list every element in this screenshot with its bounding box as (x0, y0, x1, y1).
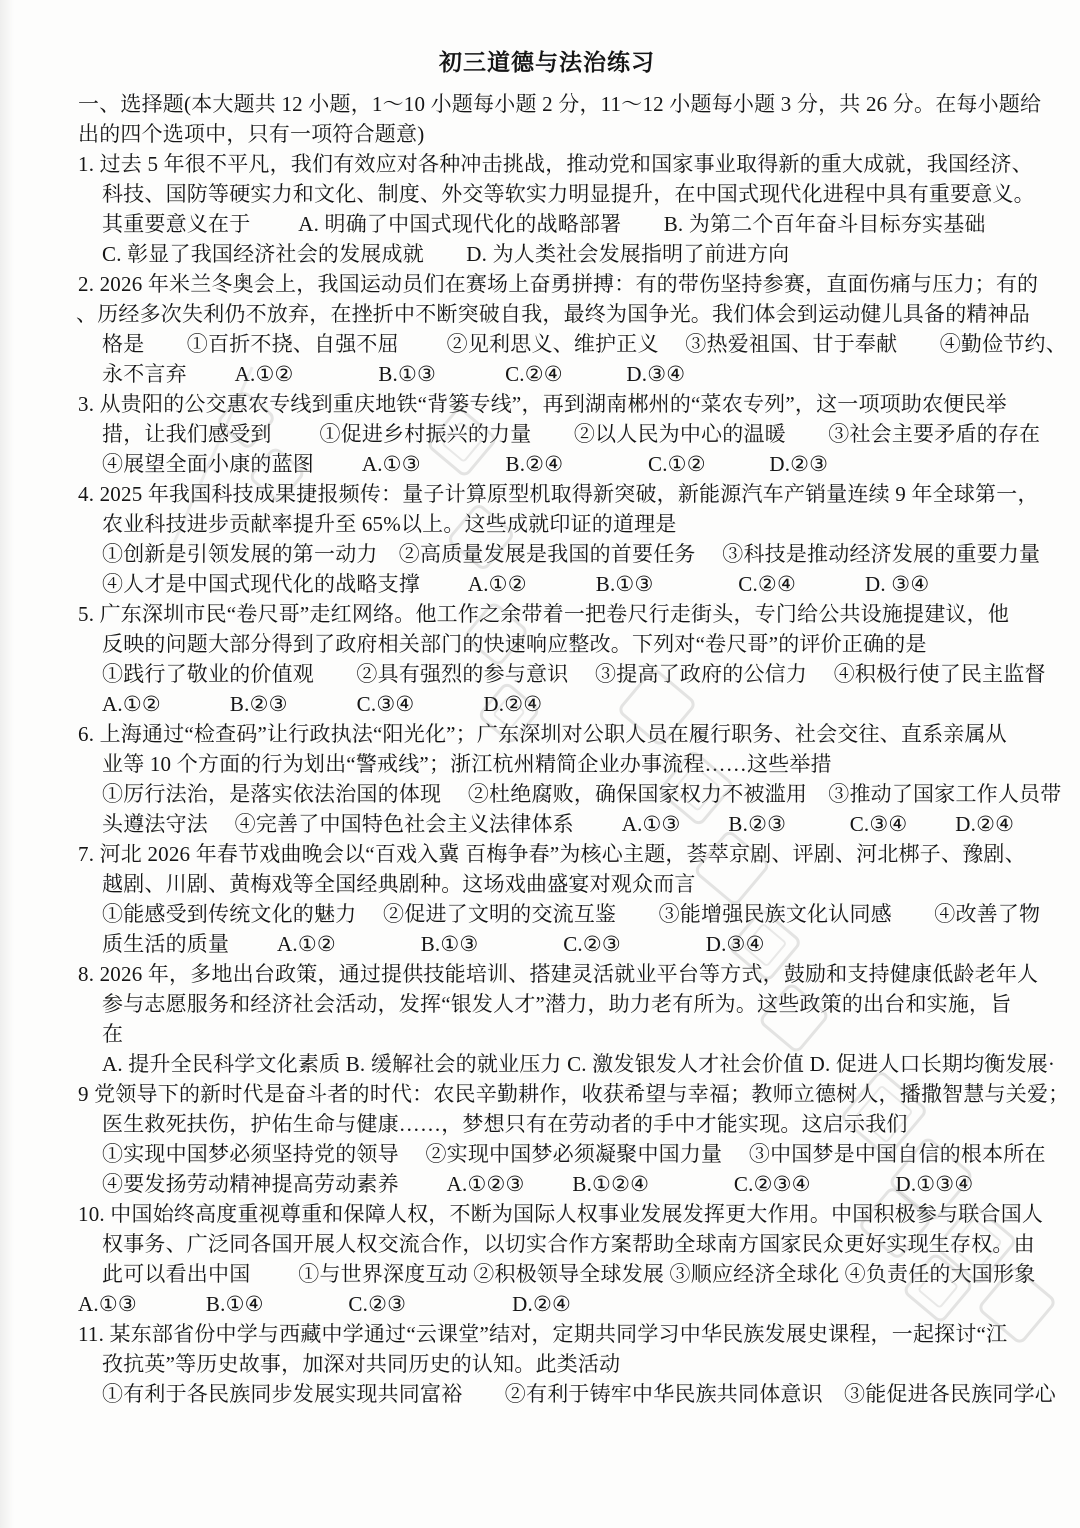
text-line: ①厉行法治，是落实依法治国的体现 ②杜绝腐败，确保国家权力不被滥用 ③推动了国家… (78, 779, 1016, 809)
question-4: 4. 2025 年我国科技成果捷报频传：量子计算原型机取得新突破，新能源汽车产销… (78, 479, 1016, 599)
text-line: A. 提升全民科学文化素质 B. 缓解社会的就业压力 C. 激发银发人才社会价值… (78, 1049, 1016, 1079)
text-line: 永不言弃 A.①② B.①③ C.②④ D.③④ (78, 359, 1016, 389)
text-line: A.①③ B.①④ C.②③ D.②④ (78, 1289, 1016, 1319)
question-6: 6. 上海通过“检查码”让行政执法“阳光化”；广东深圳对公职人员在履行职务、社会… (78, 719, 1016, 839)
text-line: C. 彰显了我国经济社会的发展成就 D. 为人类社会发展指明了前进方向 (78, 239, 1016, 269)
text-line: 6. 上海通过“检查码”让行政执法“阳光化”；广东深圳对公职人员在履行职务、社会… (78, 719, 1016, 749)
text-line: 权事务、广泛同各国开展人权交流合作，以切实合作方案帮助全球南方国家民众更好实现生… (78, 1229, 1016, 1259)
text-line: ④展望全面小康的蓝图 A.①③ B.②④ C.①② D.②③ (78, 449, 1016, 479)
text-line: 3. 从贵阳的公交惠农专线到重庆地铁“背篓专线”，再到湖南郴州的“菜农专列”，这… (78, 389, 1016, 419)
question-8: 8. 2026 年，多地出台政策，通过提供技能培训、搭建灵活就业平台等方式，鼓励… (78, 959, 1016, 1079)
text-line: 医生救死扶伤，护佑生命与健康……，梦想只有在劳动者的手中才能实现。这启示我们 (78, 1109, 1016, 1139)
text-line: 业等 10 个方面的行为划出“警戒线”；浙江杭州精简企业办事流程……这些举措 (78, 749, 1016, 779)
text-line: ④人才是中国式现代化的战略支撑 A.①② B.①③ C.②④ D. ③④ (78, 569, 1016, 599)
text-line: ①实现中国梦必须坚持党的领导 ②实现中国梦必须凝聚中国力量 ③中国梦是中国自信的… (78, 1139, 1016, 1169)
section-header-line1: 一、选择题(本大题共 12 小题，1～10 小题每小题 2 分，11～12 小题… (78, 89, 1016, 119)
text-line: ①能感受到传统文化的魅力 ②促进了文明的交流互鉴 ③能增强民族文化认同感 ④改善… (78, 899, 1016, 929)
page-title: 初三道德与法治练习 (78, 44, 1016, 77)
text-line: ①创新是引领发展的第一动力 ②高质量发展是我国的首要任务 ③科技是推动经济发展的… (78, 539, 1016, 569)
text-line: 措，让我们感受到 ①促进乡村振兴的力量 ②以人民为中心的温暖 ③社会主要矛盾的存… (78, 419, 1016, 449)
text-line: 头遵法守法 ④完善了中国特色社会主义法律体系 A.①③ B.②③ C.③④ D.… (78, 809, 1016, 839)
text-line: 其重要意义在于 A. 明确了中国式现代化的战略部署 B. 为第二个百年奋斗目标夯… (78, 209, 1016, 239)
text-line: A.①② B.②③ C.③④ D.②④ (78, 689, 1016, 719)
text-line: 、历经多次失利仍不放弃，在挫折中不断突破自我，最终为国争光。我们体会到运动健儿具… (78, 299, 1016, 329)
question-2: 2. 2026 年米兰冬奥会上，我国运动员们在赛场上奋勇拼搏：有的带伤坚持参赛，… (78, 269, 1016, 389)
text-line: 科技、国防等硬实力和文化、制度、外交等软实力明显提升，在中国式现代化进程中具有重… (78, 179, 1016, 209)
text-line: 1. 过去 5 年很不平凡，我们有效应对各种冲击挑战，推动党和国家事业取得新的重… (78, 149, 1016, 179)
text-line: ①践行了敬业的价值观 ②具有强烈的参与意识 ③提高了政府的公信力 ④积极行使了民… (78, 659, 1016, 689)
text-line: 越剧、川剧、黄梅戏等全国经典剧种。这场戏曲盛宴对观众而言 (78, 869, 1016, 899)
text-line: 农业科技进步贡献率提升至 65%以上。这些成就印证的道理是 (78, 509, 1016, 539)
question-9: 9 党领导下的新时代是奋斗者的时代：农民辛勤耕作，收获希望与幸福；教师立德树人，… (78, 1079, 1016, 1199)
text-line: 11. 某东部省份中学与西藏中学通过“云课堂”结对，定期共同学习中华民族发展史课… (78, 1319, 1016, 1349)
text-line: 参与志愿服务和经济社会活动，发挥“银发人才”潜力，助力老有所为。这些政策的出台和… (78, 989, 1016, 1019)
text-line: 10. 中国始终高度重视尊重和保障人权，不断为国际人权事业发展发挥更大作用。中国… (78, 1199, 1016, 1229)
question-11: 11. 某东部省份中学与西藏中学通过“云课堂”结对，定期共同学习中华民族发展史课… (78, 1319, 1016, 1409)
text-line: 反映的问题大部分得到了政府相关部门的快速响应整改。下列对“卷尺哥”的评价正确的是 (78, 629, 1016, 659)
text-line: ④要发扬劳动精神提高劳动素养 A.①②③ B.①②④ C.②③④ D.①③④ (78, 1169, 1016, 1199)
text-line: 格是 ①百折不挠、自强不屈 ②见利思义、维护正义 ③热爱祖国、甘于奉献 ④勤俭节… (78, 329, 1016, 359)
text-line: 此可以看出中国 ①与世界深度互动 ②积极领导全球发展 ③顺应经济全球化 ④负责任… (78, 1259, 1016, 1289)
question-3: 3. 从贵阳的公交惠农专线到重庆地铁“背篓专线”，再到湖南郴州的“菜农专列”，这… (78, 389, 1016, 479)
text-line: ①有利于各民族同步发展实现共同富裕 ②有利于铸牢中华民族共同体意识 ③能促进各民… (78, 1379, 1016, 1409)
question-5: 5. 广东深圳市民“卷尺哥”走红网络。他工作之余带着一把卷尺行走街头，专门给公共… (78, 599, 1016, 719)
question-10: 10. 中国始终高度重视尊重和保障人权，不断为国际人权事业发展发挥更大作用。中国… (78, 1199, 1016, 1319)
question-1: 1. 过去 5 年很不平凡，我们有效应对各种冲击挑战，推动党和国家事业取得新的重… (78, 149, 1016, 269)
exam-page: 初三道德与法治练习 一、选择题(本大题共 12 小题，1～10 小题每小题 2 … (0, 0, 1080, 1528)
text-line: 5. 广东深圳市民“卷尺哥”走红网络。他工作之余带着一把卷尺行走街头，专门给公共… (78, 599, 1016, 629)
text-line: 7. 河北 2026 年春节戏曲晚会以“百戏入冀 百梅争春”为核心主题，荟萃京剧… (78, 839, 1016, 869)
text-line: 4. 2025 年我国科技成果捷报频传：量子计算原型机取得新突破，新能源汽车产销… (78, 479, 1016, 509)
text-line: 质生活的质量 A.①② B.①③ C.②③ D.③④ (78, 929, 1016, 959)
text-line: 9 党领导下的新时代是奋斗者的时代：农民辛勤耕作，收获希望与幸福；教师立德树人，… (78, 1079, 1016, 1109)
text-line: 2. 2026 年米兰冬奥会上，我国运动员们在赛场上奋勇拼搏：有的带伤坚持参赛，… (78, 269, 1016, 299)
question-7: 7. 河北 2026 年春节戏曲晚会以“百戏入冀 百梅争春”为核心主题，荟萃京剧… (78, 839, 1016, 959)
text-line: 在 (78, 1019, 1016, 1049)
section-header-line2: 出的四个选项中，只有一项符合题意) (78, 119, 1016, 149)
text-line: 8. 2026 年，多地出台政策，通过提供技能培训、搭建灵活就业平台等方式，鼓励… (78, 959, 1016, 989)
text-line: 孜抗英”等历史故事，加深对共同历史的认知。此类活动 (78, 1349, 1016, 1379)
